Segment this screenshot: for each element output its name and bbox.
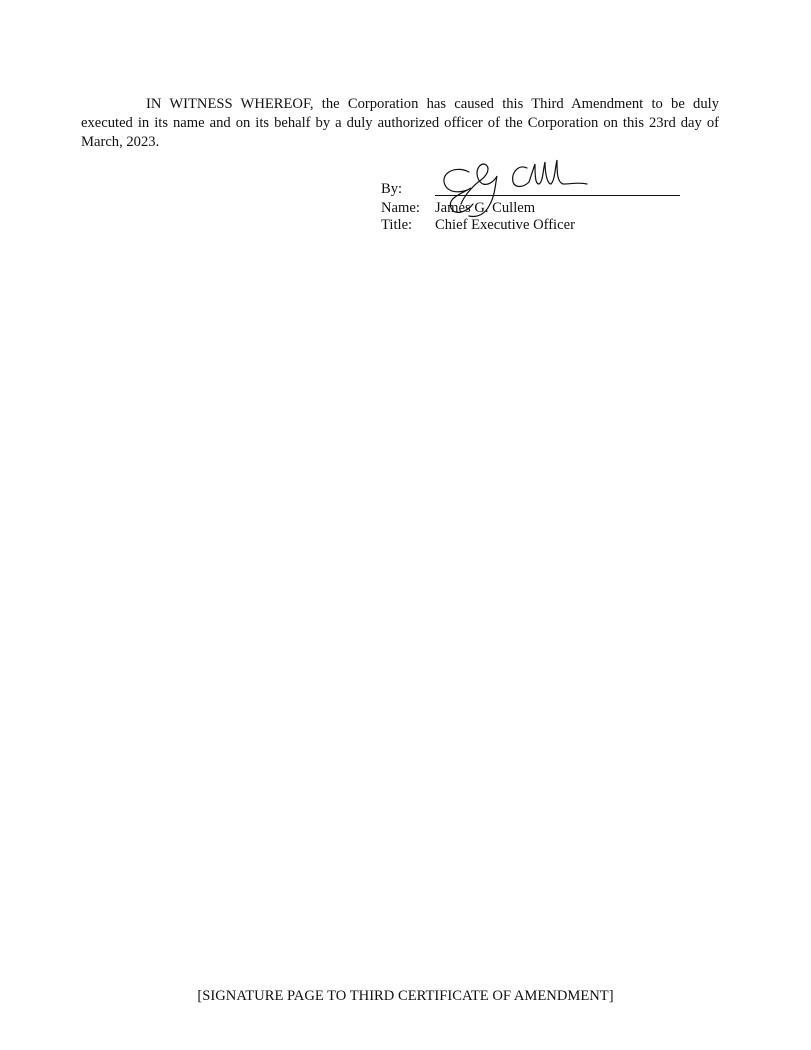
witness-paragraph: IN WITNESS WHEREOF, the Corporation has … (81, 95, 719, 152)
page-footer: [SIGNATURE PAGE TO THIRD CERTIFICATE OF … (0, 988, 811, 1005)
title-label: Title: (381, 216, 412, 235)
by-label: By: (381, 180, 402, 199)
signer-title: Chief Executive Officer (435, 216, 575, 235)
